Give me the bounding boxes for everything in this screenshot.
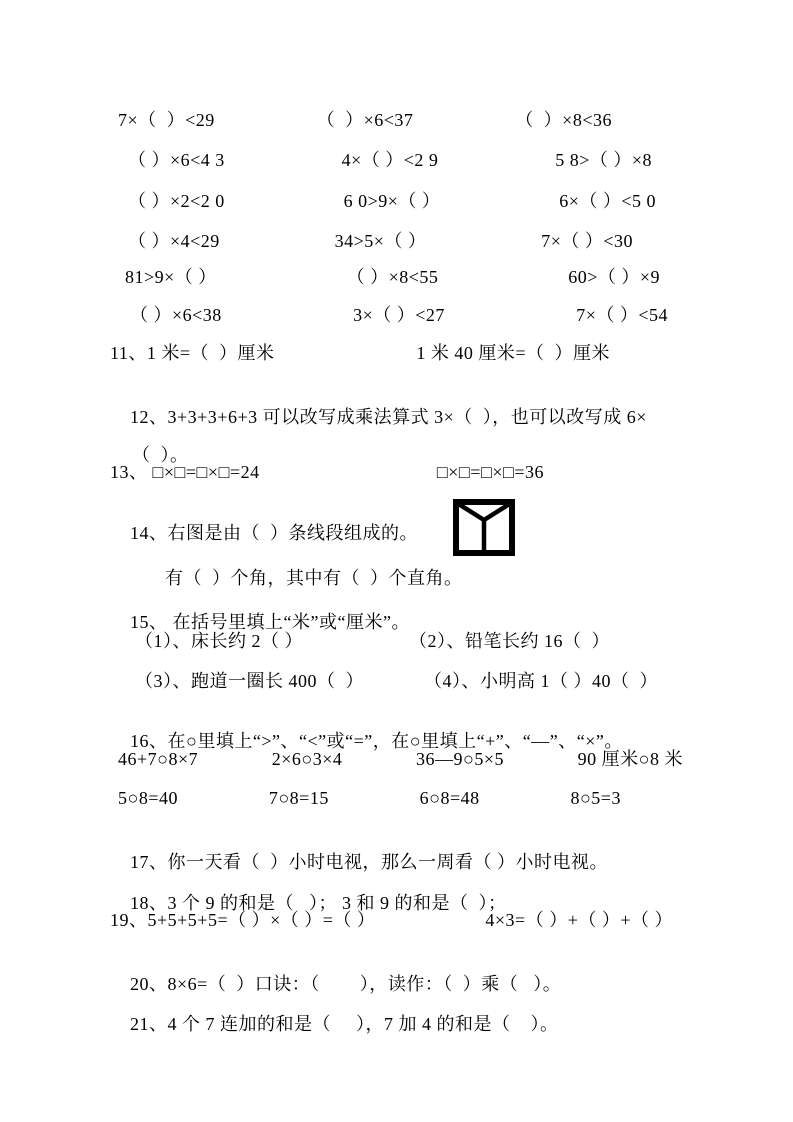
question-15-items-1-2: （1）、床长约 2（ ） （2）、铅笔长约 16（ ） — [135, 630, 610, 652]
circle-expression: 7○8=15 — [269, 787, 329, 809]
question-item: （4）、小明高 1（ ）40（ ） — [424, 670, 658, 692]
fill-inequality-row-4: （ ）×4<29 34>5×（ ） 7×（ ）<30 — [128, 230, 633, 252]
blank-expression: （ ）×8<36 — [515, 109, 612, 131]
box-equation: 13、 □×□=□×□=24 — [110, 461, 260, 483]
question-text: 14、右图是由（ ）条线段组成的。 — [130, 523, 418, 543]
question-item: （2）、铅笔长约 16（ ） — [409, 630, 610, 652]
question-item: （1）、床长约 2（ ） — [135, 630, 303, 652]
line-segment-figure — [453, 499, 515, 557]
blank-expression: 6×（ ）<5 0 — [559, 190, 656, 212]
circle-expression: 6○8=48 — [420, 787, 480, 809]
blank-expression: （ ）×6<37 — [317, 109, 414, 131]
blank-expression: （ ）×8<55 — [347, 266, 439, 288]
circle-expression: 90 厘米○8 米 — [578, 748, 683, 770]
question-13: 13、 □×□=□×□=24 □×□=□×□=36 — [110, 461, 544, 483]
blank-expression: 5 8>（ ）×8 — [555, 149, 652, 171]
question-16-row-1: 46+7○8×7 2×6○3×4 36—9○5×5 90 厘米○8 米 — [118, 748, 683, 770]
fill-inequality-row-3: （ ）×2<2 0 6 0>9×（ ） 6×（ ）<5 0 — [128, 190, 656, 212]
question-12: 12、3+3+3+6+3 可以改写成乘法算式 3×（ ），也可以改写成 6× — [110, 384, 647, 450]
circle-expression: 36—9○5×5 — [416, 748, 504, 770]
question-text: 17、你一天看（ ）小时电视，那么一周看（ ）小时电视。 — [130, 852, 608, 872]
blank-expression: 7×（ ）<54 — [576, 304, 668, 326]
blank-expression: （ ）×2<2 0 — [128, 190, 225, 212]
blank-expression: 6 0>9×（ ） — [344, 190, 441, 212]
question-text: 1 米 40 厘米=（ ）厘米 — [416, 342, 610, 364]
blank-expression: 19、5+5+5+5=（ ）×（ ）=（ ） — [110, 909, 375, 931]
square-with-y-partition-icon — [453, 499, 515, 557]
blank-expression: （ ）×6<4 3 — [128, 149, 225, 171]
blank-expression: 4×（ ）<2 9 — [342, 149, 439, 171]
question-21: 21、4 个 7 连加的和是（ ），7 加 4 的和是（ ）。 — [110, 991, 559, 1057]
box-equation: □×□=□×□=36 — [437, 461, 544, 483]
blank-expression: 34>5×（ ） — [335, 230, 427, 252]
question-15-items-3-4: （3）、跑道一圈长 400（ ） （4）、小明高 1（ ）40（ ） — [135, 670, 658, 692]
circle-expression: 46+7○8×7 — [118, 748, 198, 770]
question-16-row-2: 5○8=40 7○8=15 6○8=48 8○5=3 — [118, 787, 621, 809]
question-item: （3）、跑道一圈长 400（ ） — [135, 670, 364, 692]
blank-expression: （ ）×4<29 — [128, 230, 220, 252]
blank-expression: 7×（ ）<29 — [118, 109, 215, 131]
question-text: 12、3+3+3+6+3 可以改写成乘法算式 3×（ ），也可以改写成 6× — [130, 407, 647, 427]
blank-expression: （ ）×6<38 — [130, 304, 222, 326]
question-text: 有（ ）个角，其中有（ ）个直角。 — [165, 568, 463, 588]
blank-expression: 7×（ ）<30 — [541, 230, 633, 252]
blank-expression: 81>9×（ ） — [125, 266, 217, 288]
circle-expression: 2×6○3×4 — [272, 748, 343, 770]
question-19: 19、5+5+5+5=（ ）×（ ）=（ ） 4×3=（ ）+（ ）+（ ） — [110, 909, 673, 931]
fill-inequality-row-5: 81>9×（ ） （ ）×8<55 60>（ ）×9 — [125, 266, 660, 288]
worksheet-page: 7×（ ）<29 （ ）×6<37 （ ）×8<36 （ ）×6<4 3 4×（… — [0, 0, 793, 1122]
question-11: 11、1 米=（ ）厘米 1 米 40 厘米=（ ）厘米 — [110, 342, 610, 364]
circle-expression: 5○8=40 — [118, 787, 178, 809]
blank-expression: 3×（ ）<27 — [353, 304, 445, 326]
circle-expression: 8○5=3 — [570, 787, 621, 809]
question-text: 11、1 米=（ ）厘米 — [110, 342, 274, 364]
fill-inequality-row-1: 7×（ ）<29 （ ）×6<37 （ ）×8<36 — [118, 109, 612, 131]
fill-inequality-row-6: （ ）×6<38 3×（ ）<27 7×（ ）<54 — [130, 304, 668, 326]
blank-expression: 4×3=（ ）+（ ）+（ ） — [485, 909, 673, 931]
question-text: 15、 在括号里填上“米”或“厘米”。 — [130, 612, 410, 632]
question-text: 21、4 个 7 连加的和是（ ），7 加 4 的和是（ ）。 — [130, 1014, 559, 1034]
blank-expression: 60>（ ）×9 — [568, 266, 660, 288]
fill-inequality-row-2: （ ）×6<4 3 4×（ ）<2 9 5 8>（ ）×8 — [128, 149, 652, 171]
